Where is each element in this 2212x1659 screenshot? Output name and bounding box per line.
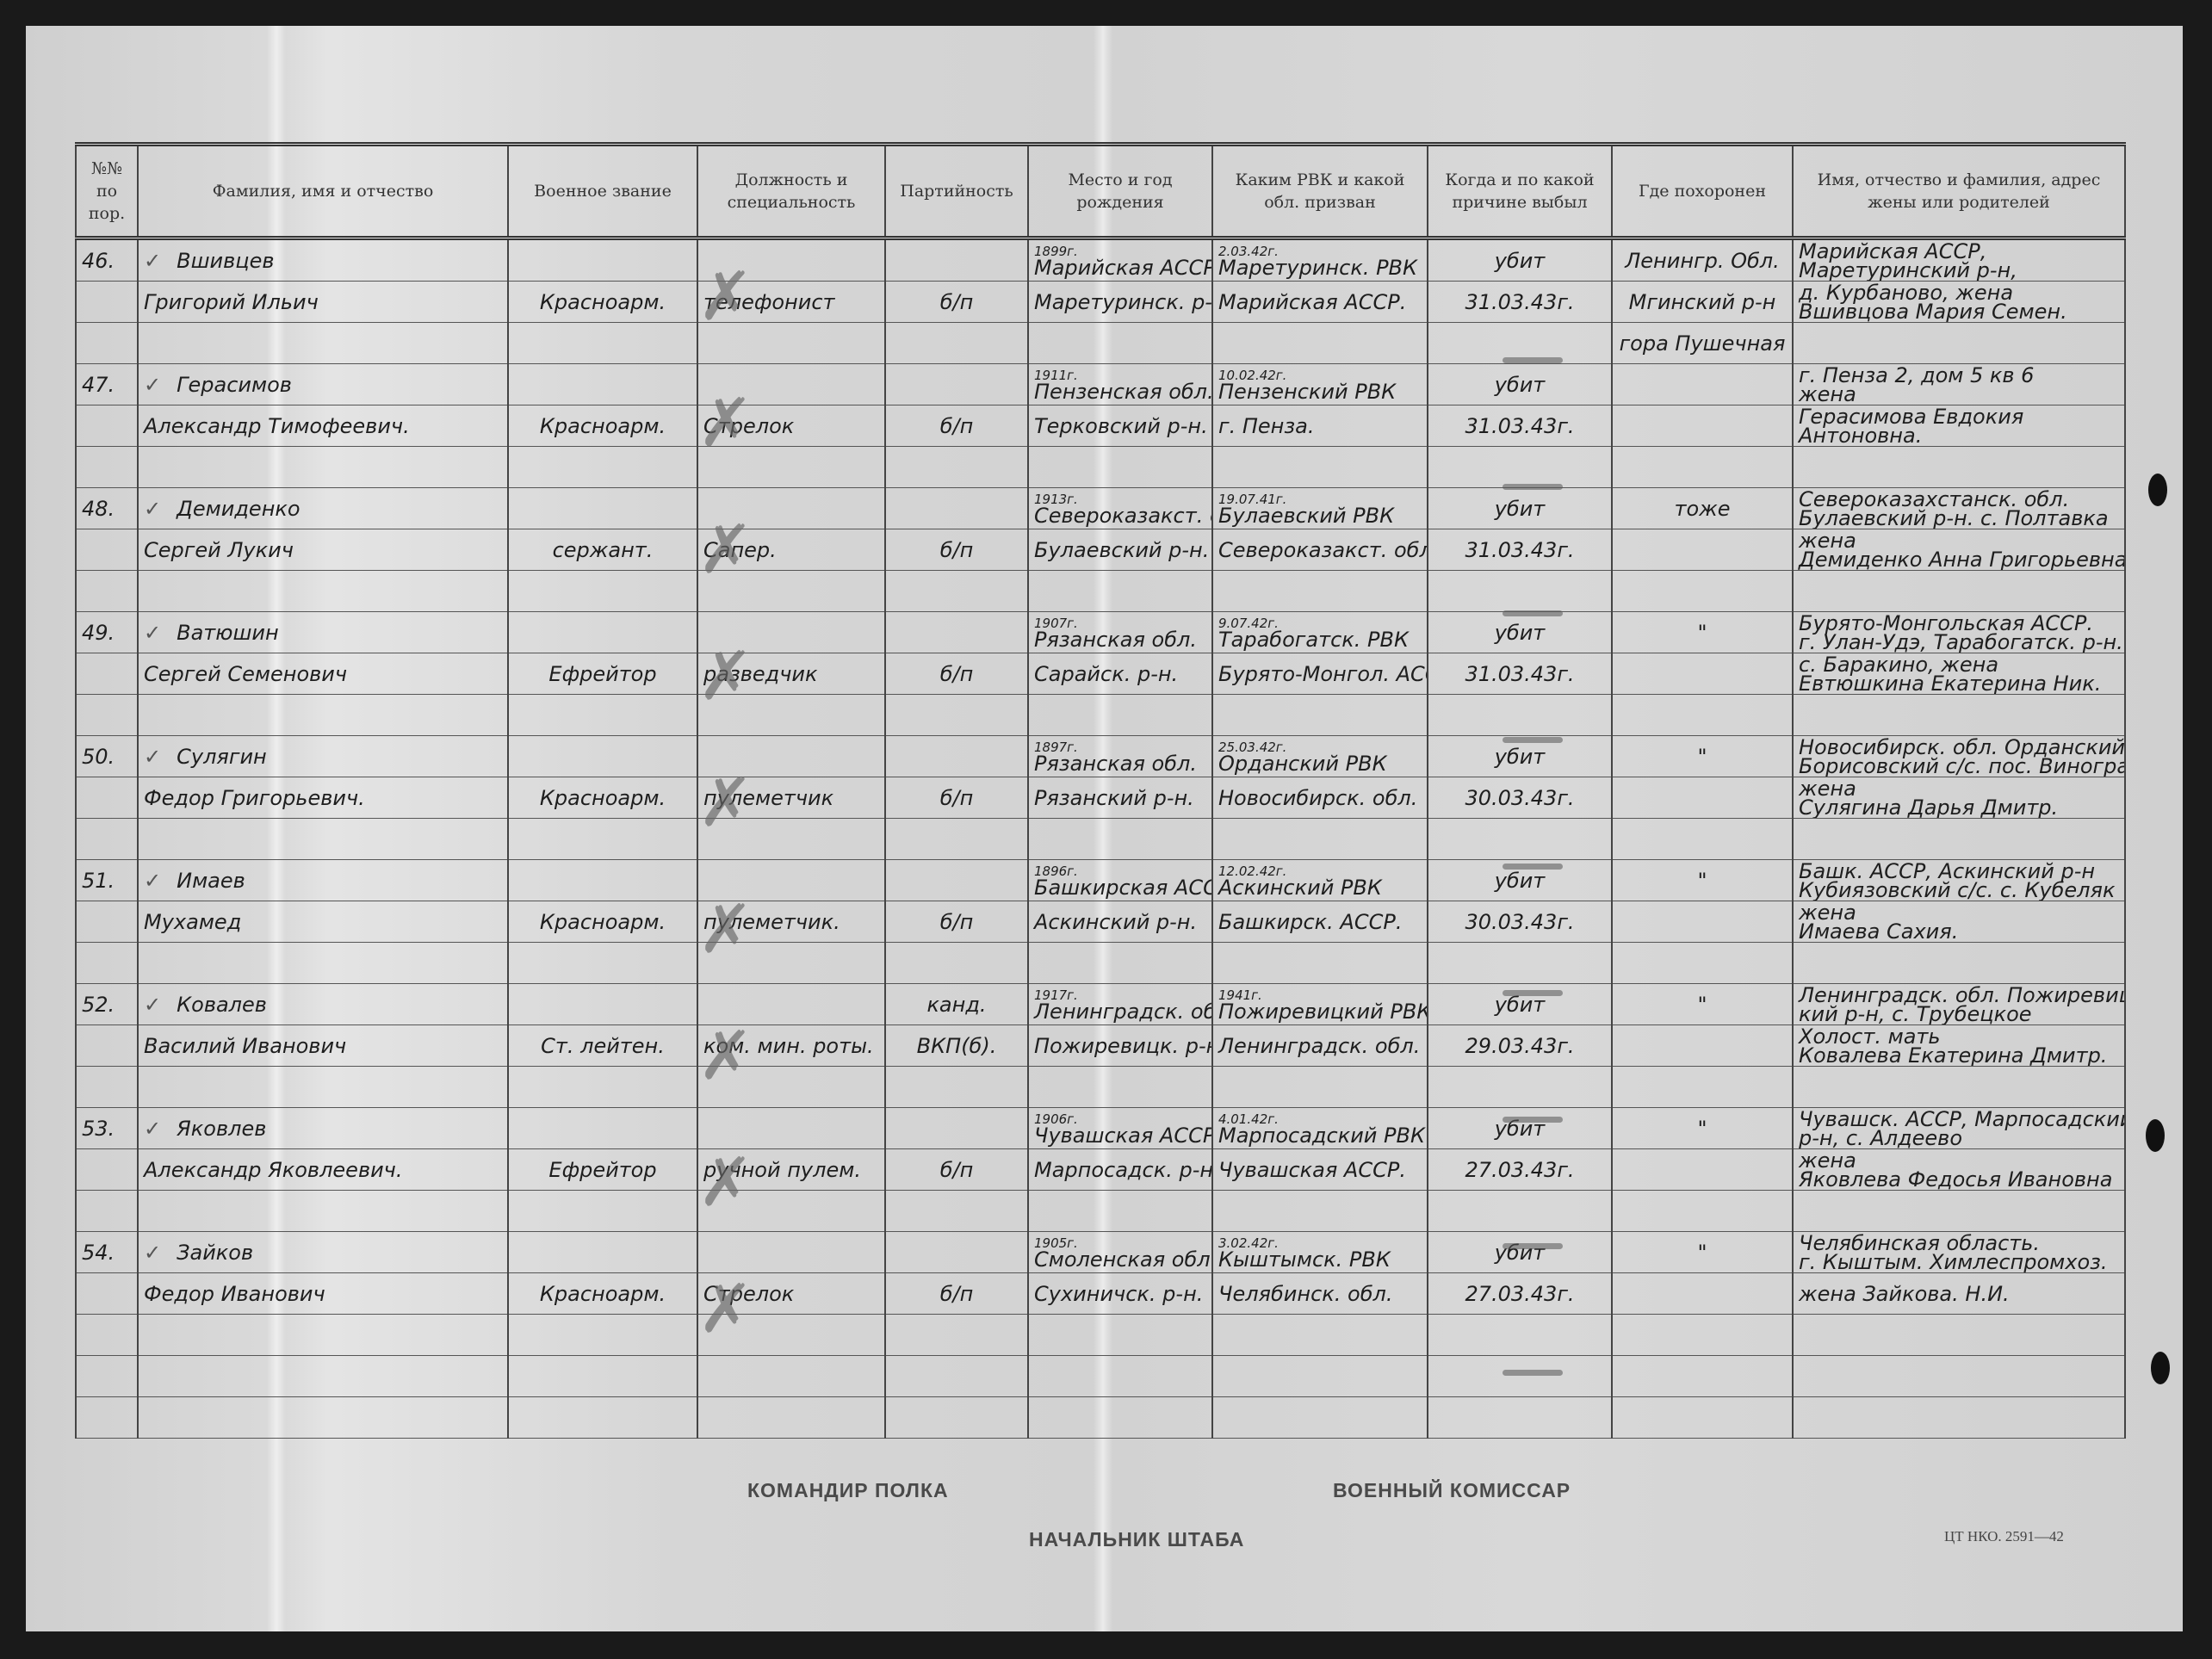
military-rank: Красноарм.	[508, 901, 697, 943]
table-row-spacer	[76, 571, 2125, 612]
family-line-4: Имаева Сахия.	[1799, 922, 2119, 941]
draft-rvk: Кыштымск. РВК	[1218, 1250, 1422, 1269]
pencil-check-icon: ✗	[697, 258, 753, 336]
punch-hole	[2146, 1119, 2165, 1152]
family-line-4: Евтюшкина Екатерина Ник.	[1799, 674, 2119, 693]
birth-cell: 1896г.Башкирская АССР	[1028, 860, 1212, 901]
surname-cell: ✓Имаев	[138, 860, 508, 901]
birth-district: Рязанский р-н.	[1028, 777, 1212, 819]
surname-cell: ✓Зайков	[138, 1232, 508, 1273]
draft-region: Североказакст. обл.	[1212, 529, 1428, 571]
birth-district: Маретуринск. р-н.	[1028, 282, 1212, 323]
fate-reason: убит	[1428, 1232, 1612, 1273]
burial-line-2	[1612, 529, 1793, 571]
table-row: 49.✓Ватюшин1907г.Рязанская обл.9.07.42г.…	[76, 612, 2125, 653]
birth-cell: 1917г.Ленинградск. обл.	[1028, 984, 1212, 1025]
fate-date: 27.03.43г.	[1428, 1149, 1612, 1191]
check-mark-icon: ✓	[144, 1241, 161, 1265]
check-mark-icon: ✓	[144, 249, 161, 273]
pencil-dash	[1503, 1117, 1563, 1123]
table-row-spacer	[76, 819, 2125, 860]
party: б/п	[885, 1273, 1028, 1315]
table-row: Александр Яковлеевич.Ефрейторручной пуле…	[76, 1149, 2125, 1191]
draft-cell: 1941г.Пожиревицкий РВК	[1212, 984, 1428, 1025]
col-header-rank: Военное звание	[508, 145, 697, 238]
draft-region: Башкирск. АССР.	[1212, 901, 1428, 943]
burial-line-3	[1612, 819, 1793, 860]
party: б/п	[885, 901, 1028, 943]
party-line-1	[885, 736, 1028, 777]
burial-line-2	[1612, 653, 1793, 695]
draft-region: Новосибирск. обл.	[1212, 777, 1428, 819]
given-name-patronymic: Сергей Семенович	[138, 653, 508, 695]
burial-line-1: "	[1612, 984, 1793, 1025]
table-row-spacer: гора Пушечная	[76, 323, 2125, 364]
family-line-2: Кубиязовский с/с. с. Кубеляк	[1799, 881, 2119, 900]
table-row: МухамедКрасноарм.пулеметчик.б/пАскинский…	[76, 901, 2125, 943]
birth-region: Башкирская АССР	[1034, 878, 1206, 897]
pencil-check-icon: ✗	[697, 385, 753, 462]
burial-line-2	[1612, 1149, 1793, 1191]
burial-line-2	[1612, 901, 1793, 943]
birth-cell: 1907г.Рязанская обл.	[1028, 612, 1212, 653]
birth-district: Аскинский р-н.	[1028, 901, 1212, 943]
draft-cell: 19.07.41г.Булаевский РВК	[1212, 488, 1428, 529]
row-number: 52.	[76, 984, 138, 1025]
draft-region: г. Пенза.	[1212, 405, 1428, 447]
row-number: 53.	[76, 1108, 138, 1149]
family-cell-1: Чувашск. АССР, Марпосадскийр-н, с. Алдее…	[1793, 1108, 2125, 1149]
fate-date: 31.03.43г.	[1428, 653, 1612, 695]
burial-line-3	[1612, 943, 1793, 984]
party: б/п	[885, 1149, 1028, 1191]
birth-district: Пожиревицк. р-н.	[1028, 1025, 1212, 1067]
family-cell-1: Ленинградск. обл. Пожиревиц-кий р-н, с. …	[1793, 984, 2125, 1025]
surname-cell: ✓Герасимов	[138, 364, 508, 405]
party: б/п	[885, 529, 1028, 571]
draft-rvk: Марпосадский РВК	[1218, 1126, 1422, 1145]
table-row: 53.✓Яковлев1906г.Чувашская АССР4.01.42г.…	[76, 1108, 2125, 1149]
fate-date: 27.03.43г.	[1428, 1273, 1612, 1315]
party: б/п	[885, 405, 1028, 447]
birth-region: Смоленская обл.	[1034, 1250, 1206, 1269]
check-mark-icon: ✓	[144, 869, 161, 893]
pencil-dash	[1503, 864, 1563, 870]
family-line-2: жена	[1799, 385, 2119, 404]
signature-commander: КОМАНДИР ПОЛКА	[747, 1479, 949, 1502]
family-cell-2: с. Баракино, женаЕвтюшкина Екатерина Ник…	[1793, 653, 2125, 695]
birth-region: Рязанская обл.	[1034, 754, 1206, 773]
table-row: 46.✓Вшивцев1899г.Марийская АССР2.03.42г.…	[76, 238, 2125, 282]
family-line-2: р-н, с. Алдеево	[1799, 1129, 2119, 1148]
row-number: 47.	[76, 364, 138, 405]
fate-date: 29.03.43г.	[1428, 1025, 1612, 1067]
surname: Вшивцев	[177, 249, 274, 273]
table-row: 54.✓Зайков1905г.Смоленская обл.3.02.42г.…	[76, 1232, 2125, 1273]
pencil-dash	[1503, 1370, 1563, 1376]
table-row: Федор Григорьевич.Красноарм.пулеметчикб/…	[76, 777, 2125, 819]
party-line-1	[885, 488, 1028, 529]
row-number: 46.	[76, 238, 138, 282]
draft-region: Чувашская АССР.	[1212, 1149, 1428, 1191]
table-row: Григорий ИльичКрасноарм.телефонистб/пМар…	[76, 282, 2125, 323]
check-mark-icon: ✓	[144, 1117, 161, 1141]
family-cell-2: женаСулягина Дарья Дмитр.	[1793, 777, 2125, 819]
surname: Герасимов	[177, 373, 292, 397]
birth-cell: 1899г.Марийская АССР	[1028, 238, 1212, 282]
given-name-patronymic: Федор Григорьевич.	[138, 777, 508, 819]
burial-line-1	[1612, 364, 1793, 405]
surname-cell: ✓Демиденко	[138, 488, 508, 529]
table-row: Сергей СеменовичЕфрейторразведчикб/пСара…	[76, 653, 2125, 695]
given-name-patronymic: Александр Яковлеевич.	[138, 1149, 508, 1191]
fate-date: 30.03.43г.	[1428, 777, 1612, 819]
military-rank: Красноарм.	[508, 405, 697, 447]
surname: Ватюшин	[177, 621, 279, 645]
birth-region: Североказакст. обл.	[1034, 506, 1206, 525]
family-cell-2: д. Курбаново, женаВшивцова Мария Семен.	[1793, 282, 2125, 323]
birth-cell: 1897г.Рязанская обл.	[1028, 736, 1212, 777]
family-cell-2: женаИмаева Сахия.	[1793, 901, 2125, 943]
party-line-1	[885, 612, 1028, 653]
fate-reason: убит	[1428, 1108, 1612, 1149]
given-name-patronymic: Федор Иванович	[138, 1273, 508, 1315]
fate-date: 31.03.43г.	[1428, 529, 1612, 571]
fate-date: 31.03.43г.	[1428, 282, 1612, 323]
draft-rvk: Пожиревицкий РВК	[1218, 1002, 1422, 1021]
signature-commissar: ВОЕННЫЙ КОМИССАР	[1333, 1479, 1571, 1502]
pencil-dash	[1503, 484, 1563, 490]
draft-cell: 12.02.42г.Аскинский РВК	[1212, 860, 1428, 901]
burial-line-3	[1612, 1067, 1793, 1108]
table-row-spacer	[76, 447, 2125, 488]
surname: Имаев	[177, 869, 245, 893]
party-line-1	[885, 364, 1028, 405]
burial-line-1: "	[1612, 612, 1793, 653]
birth-cell: 1913г.Североказакст. обл.	[1028, 488, 1212, 529]
family-cell-1: Североказахстанск. обл.Булаевский р-н. с…	[1793, 488, 2125, 529]
pencil-dash	[1503, 990, 1563, 996]
pencil-dash	[1503, 1243, 1563, 1249]
pencil-dash	[1503, 357, 1563, 363]
check-mark-icon: ✓	[144, 993, 161, 1017]
given-name-patronymic: Василий Иванович	[138, 1025, 508, 1067]
col-header-birth: Место и год рождения	[1028, 145, 1212, 238]
col-header-party: Партийность	[885, 145, 1028, 238]
form-code: ЦТ НКО. 2591—42	[1944, 1528, 2064, 1545]
family-line-4: Вшивцова Мария Семен.	[1799, 302, 2119, 321]
table-row-spacer	[76, 943, 2125, 984]
draft-cell: 25.03.42г.Орданский РВК	[1212, 736, 1428, 777]
family-line-2: Булаевский р-н. с. Полтавка	[1799, 509, 2119, 528]
table-row: Федор ИвановичКрасноарм.Стрелокб/пСухини…	[76, 1273, 2125, 1315]
surname: Зайков	[177, 1241, 253, 1265]
birth-district: Марпосадск. р-н.	[1028, 1149, 1212, 1191]
punch-hole	[2151, 1352, 2170, 1384]
family-line-4: Яковлева Федосья Ивановна	[1799, 1170, 2119, 1189]
military-rank: Ефрейтор	[508, 1149, 697, 1191]
draft-rvk: Булаевский РВК	[1218, 506, 1422, 525]
party-line-1	[885, 1232, 1028, 1273]
fate-date: 31.03.43г.	[1428, 405, 1612, 447]
military-rank: Ефрейтор	[508, 653, 697, 695]
col-header-name: Фамилия, имя и отчество	[138, 145, 508, 238]
family-cell-1: Бурято-Монгольская АССР.г. Улан-Удэ, Тар…	[1793, 612, 2125, 653]
draft-region: Марийская АССР.	[1212, 282, 1428, 323]
table-row-empty	[76, 1356, 2125, 1397]
row-number: 48.	[76, 488, 138, 529]
party: б/п	[885, 282, 1028, 323]
draft-cell: 2.03.42г.Маретуринск. РВК	[1212, 238, 1428, 282]
birth-region: Чувашская АССР	[1034, 1126, 1206, 1145]
party-line-1	[885, 1108, 1028, 1149]
col-header-fate: Когда и по какой причине выбыл	[1428, 145, 1612, 238]
punch-hole	[2148, 474, 2167, 506]
table-row: 52.✓Ковалевканд.1917г.Ленинградск. обл.1…	[76, 984, 2125, 1025]
pencil-dash	[1503, 610, 1563, 616]
table-row: 48.✓Демиденко1913г.Североказакст. обл.19…	[76, 488, 2125, 529]
draft-rvk: Маретуринск. РВК	[1218, 258, 1422, 277]
col-header-burial: Где похоронен	[1612, 145, 1793, 238]
burial-line-1: тоже	[1612, 488, 1793, 529]
family-cell-2: женаДемиденко Анна Григорьевна	[1793, 529, 2125, 571]
military-rank: Красноарм.	[508, 777, 697, 819]
family-line-2: г. Кыштым. Химлеспромхоз.	[1799, 1253, 2119, 1272]
fate-date: 30.03.43г.	[1428, 901, 1612, 943]
party-line-1: канд.	[885, 984, 1028, 1025]
family-line-2: Борисовский с/с. пос. Виноградово	[1799, 757, 2119, 776]
birth-cell: 1911г.Пензенская обл.	[1028, 364, 1212, 405]
family-cell-1: Марийская АССР,Маретуринский р-н,	[1793, 238, 2125, 282]
table-row-spacer	[76, 1191, 2125, 1232]
table-row-spacer	[76, 1067, 2125, 1108]
birth-region: Ленинградск. обл.	[1034, 1002, 1206, 1021]
pencil-check-icon: ✗	[697, 1271, 753, 1348]
birth-cell: 1906г.Чувашская АССР	[1028, 1108, 1212, 1149]
fate-reason: убит	[1428, 488, 1612, 529]
party: б/п	[885, 777, 1028, 819]
pencil-check-icon: ✗	[697, 511, 753, 589]
burial-line-3	[1612, 1191, 1793, 1232]
col-header-family: Имя, отчество и фамилия, адрес жены или …	[1793, 145, 2125, 238]
draft-rvk: Тарабогатск. РВК	[1218, 630, 1422, 649]
table-row: Александр Тимофеевич.Красноарм.Стрелокб/…	[76, 405, 2125, 447]
casualty-register-table: №№ по пор. Фамилия, имя и отчество Военн…	[75, 142, 2126, 1439]
pencil-check-icon: ✗	[697, 891, 753, 969]
table-row: Сергей Лукичсержант.Сапер.б/пБулаевский …	[76, 529, 2125, 571]
surname: Ковалев	[177, 993, 267, 1017]
signature-chief-of-staff: НАЧАЛЬНИК ШТАБА	[1029, 1528, 1244, 1551]
family-cell-1: г. Пенза 2, дом 5 кв 6жена	[1793, 364, 2125, 405]
burial-line-2: Мгинский р-н	[1612, 282, 1793, 323]
party-line-1	[885, 238, 1028, 282]
table-row-empty	[76, 1397, 2125, 1439]
family-line-4: Демиденко Анна Григорьевна	[1799, 550, 2119, 569]
given-name-patronymic: Сергей Лукич	[138, 529, 508, 571]
draft-rvk: Аскинский РВК	[1218, 878, 1422, 897]
row-number: 51.	[76, 860, 138, 901]
burial-line-1: "	[1612, 1232, 1793, 1273]
table-header: №№ по пор. Фамилия, имя и отчество Военн…	[76, 145, 2125, 238]
family-line-4: Сулягина Дарья Дмитр.	[1799, 798, 2119, 817]
family-cell-2: Герасимова ЕвдокияАнтоновна.	[1793, 405, 2125, 447]
check-mark-icon: ✓	[144, 745, 161, 769]
birth-region: Пензенская обл.	[1034, 382, 1206, 401]
burial-line-2	[1612, 405, 1793, 447]
burial-line-1: "	[1612, 860, 1793, 901]
burial-line-3	[1612, 1315, 1793, 1356]
row-number: 54.	[76, 1232, 138, 1273]
draft-cell: 3.02.42г.Кыштымск. РВК	[1212, 1232, 1428, 1273]
birth-district: Булаевский р-н.	[1028, 529, 1212, 571]
check-mark-icon: ✓	[144, 373, 161, 397]
burial-line-2	[1612, 1273, 1793, 1315]
surname-cell: ✓Яковлев	[138, 1108, 508, 1149]
family-line-2: кий р-н, с. Трубецкое	[1799, 1005, 2119, 1024]
draft-rvk: Орданский РВК	[1218, 754, 1422, 773]
family-line-4: Антоновна.	[1799, 426, 2119, 445]
draft-region: Бурято-Монгол. АССР	[1212, 653, 1428, 695]
fate-reason: убит	[1428, 612, 1612, 653]
burial-line-1: "	[1612, 1108, 1793, 1149]
military-rank: сержант.	[508, 529, 697, 571]
pencil-dash	[1503, 737, 1563, 743]
draft-cell: 9.07.42г.Тарабогатск. РВК	[1212, 612, 1428, 653]
birth-region: Марийская АССР	[1034, 258, 1206, 277]
fate-reason: убит	[1428, 238, 1612, 282]
surname: Демиденко	[177, 497, 300, 521]
table-row-spacer	[76, 1315, 2125, 1356]
surname-cell: ✓Вшивцев	[138, 238, 508, 282]
birth-district: Терковский р-н.	[1028, 405, 1212, 447]
family-cell-2: жена Зайкова. Н.И.	[1793, 1273, 2125, 1315]
burial-line-2	[1612, 777, 1793, 819]
birth-district: Сухиничск. р-н.	[1028, 1273, 1212, 1315]
row-number: 49.	[76, 612, 138, 653]
draft-region: Челябинск. обл.	[1212, 1273, 1428, 1315]
military-rank: Ст. лейтен.	[508, 1025, 697, 1067]
family-cell-2: женаЯковлева Федосья Ивановна	[1793, 1149, 2125, 1191]
burial-line-2	[1612, 1025, 1793, 1067]
family-cell-2: Холост. матьКовалева Екатерина Дмитр.	[1793, 1025, 2125, 1067]
draft-region: Ленинградск. обл.	[1212, 1025, 1428, 1067]
birth-region: Рязанская обл.	[1034, 630, 1206, 649]
col-header-number: №№ по пор.	[76, 145, 138, 238]
table-row: 50.✓Сулягин1897г.Рязанская обл.25.03.42г…	[76, 736, 2125, 777]
burial-line-1: Ленингр. Обл.	[1612, 238, 1793, 282]
fate-reason: убит	[1428, 364, 1612, 405]
pencil-check-icon: ✗	[697, 1144, 753, 1222]
given-name-patronymic: Александр Тимофеевич.	[138, 405, 508, 447]
table-row: 51.✓Имаев1896г.Башкирская АССР12.02.42г.…	[76, 860, 2125, 901]
surname-cell: ✓Сулягин	[138, 736, 508, 777]
birth-cell: 1905г.Смоленская обл.	[1028, 1232, 1212, 1273]
given-name-patronymic: Григорий Ильич	[138, 282, 508, 323]
col-header-draft: Каким РВК и какой обл. призван	[1212, 145, 1428, 238]
family-cell-1: Челябинская область.г. Кыштым. Химлеспро…	[1793, 1232, 2125, 1273]
col-header-position: Должность и специальность	[697, 145, 885, 238]
family-line-2: г. Улан-Удэ, Тарабогатск. р-н.	[1799, 633, 2119, 652]
surname: Сулягин	[177, 745, 267, 769]
family-line-3: жена Зайкова. Н.И.	[1799, 1284, 2119, 1303]
family-line-4: Ковалева Екатерина Дмитр.	[1799, 1046, 2119, 1065]
burial-line-3: гора Пушечная	[1612, 323, 1793, 364]
family-line-2: Маретуринский р-н,	[1799, 261, 2119, 280]
burial-line-3	[1612, 447, 1793, 488]
birth-district: Сарайск. р-н.	[1028, 653, 1212, 695]
party-line-1	[885, 860, 1028, 901]
draft-rvk: Пензенский РВК	[1218, 382, 1422, 401]
table-row-spacer	[76, 695, 2125, 736]
party: б/п	[885, 653, 1028, 695]
table-row: Василий ИвановичСт. лейтен.ком. мин. рот…	[76, 1025, 2125, 1067]
military-rank: Красноарм.	[508, 282, 697, 323]
family-cell-1: Новосибирск. обл. Орданский р-н.Борисовс…	[1793, 736, 2125, 777]
surname: Яковлев	[177, 1117, 266, 1141]
surname-cell: ✓Ватюшин	[138, 612, 508, 653]
check-mark-icon: ✓	[144, 497, 161, 521]
family-cell-1: Башк. АССР, Аскинский р-нКубиязовский с/…	[1793, 860, 2125, 901]
given-name-patronymic: Мухамед	[138, 901, 508, 943]
surname-cell: ✓Ковалев	[138, 984, 508, 1025]
draft-cell: 10.02.42г.Пензенский РВК	[1212, 364, 1428, 405]
table-row: 47.✓Герасимов1911г.Пензенская обл.10.02.…	[76, 364, 2125, 405]
burial-line-3	[1612, 695, 1793, 736]
pencil-check-icon: ✗	[697, 1018, 753, 1095]
pencil-check-icon: ✗	[697, 638, 753, 715]
burial-line-1: "	[1612, 736, 1793, 777]
party: ВКП(б).	[885, 1025, 1028, 1067]
row-number: 50.	[76, 736, 138, 777]
pencil-check-icon: ✗	[697, 765, 753, 842]
check-mark-icon: ✓	[144, 621, 161, 645]
military-rank: Красноарм.	[508, 1273, 697, 1315]
burial-line-3	[1612, 571, 1793, 612]
draft-cell: 4.01.42г.Марпосадский РВК	[1212, 1108, 1428, 1149]
